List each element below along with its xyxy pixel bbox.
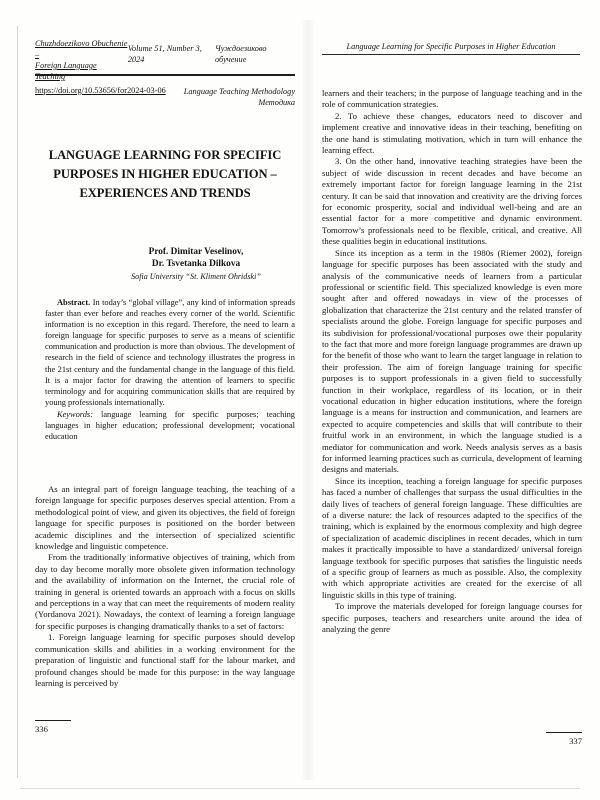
page-number-rule [35, 720, 71, 721]
doi-row: https://doi.org/10.53656/for2024-03-06 L… [35, 86, 295, 108]
abstract-block: Abstract. In today’s “global village”, a… [45, 297, 295, 442]
affiliation: Sofia University “St. Kliment Ohridski” [97, 271, 295, 282]
keywords-paragraph: Keywords: language learning for specific… [45, 409, 295, 442]
scan-edge-left [17, 26, 18, 778]
paragraph: To improve the materials developed for f… [322, 601, 582, 635]
keywords-label: Keywords: [57, 410, 93, 419]
body-text-left: As an integral part of foreign language … [35, 484, 295, 689]
page-gutter-shadow [301, 20, 315, 780]
paragraph: 1. Foreign language learning for specifi… [35, 632, 295, 689]
paragraph: 3. On the other hand, innovative teachin… [322, 156, 582, 247]
abstract-paragraph: Abstract. In today’s “global village”, a… [45, 297, 295, 408]
abstract-label: Abstract. [57, 298, 90, 307]
page-number-right: 337 [322, 732, 582, 746]
article-title: LANGUAGE LEARNING FOR SPECIFIC PURPOSES … [35, 146, 295, 203]
journal-spread: Chuzhdoezikovo Obuchenie – Foreign Langu… [0, 0, 600, 800]
doi-link[interactable]: https://doi.org/10.53656/for2024-03-06 [35, 86, 166, 95]
page-number-left: 336 [35, 720, 71, 734]
section-name-en: Language Teaching Methodology [184, 87, 295, 96]
page-number-value: 336 [35, 724, 48, 734]
authors-inner: Prof. Dimitar Veselinov, Dr. Tsvetanka D… [97, 246, 295, 282]
paragraph: 2. To achieve these changes, educators n… [322, 111, 582, 157]
author-name: Prof. Dimitar Veselinov, [97, 246, 295, 258]
journal-name-line2: Foreign Language Teaching [35, 60, 128, 82]
paragraph: As an integral part of foreign language … [35, 484, 295, 552]
section-name-bg: Методика [258, 98, 295, 107]
page-number-rule [546, 732, 582, 733]
paragraph: From the traditionally informative objec… [35, 552, 295, 632]
section-label: Language Teaching Methodology Методика [184, 86, 295, 108]
paragraph: Since its inception, teaching a foreign … [322, 476, 582, 601]
scan-edge-bottom [20, 788, 580, 789]
page-number-value: 337 [569, 736, 582, 746]
journal-name-line1: Chuzhdoezikovo Obuchenie – [35, 38, 128, 60]
journal-name-bulgarian: Чуждоезиково обучение [215, 38, 295, 65]
body-text-right: learners and their teachers; in the purp… [322, 88, 582, 636]
paragraph: learners and their teachers; in the purp… [322, 88, 582, 111]
abstract-text: In today’s “global village”, any kind of… [45, 298, 295, 407]
authors-block: Prof. Dimitar Veselinov, Dr. Tsvetanka D… [35, 246, 295, 282]
running-head: Language Learning for Specific Purposes … [322, 42, 580, 55]
volume-info: Volume 51, Number 3, 2024 [128, 38, 215, 65]
author-name: Dr. Tsvetanka Dilkova [97, 258, 295, 270]
paragraph: Since its inception as a term in the 198… [322, 248, 582, 476]
header-rule [35, 74, 295, 76]
